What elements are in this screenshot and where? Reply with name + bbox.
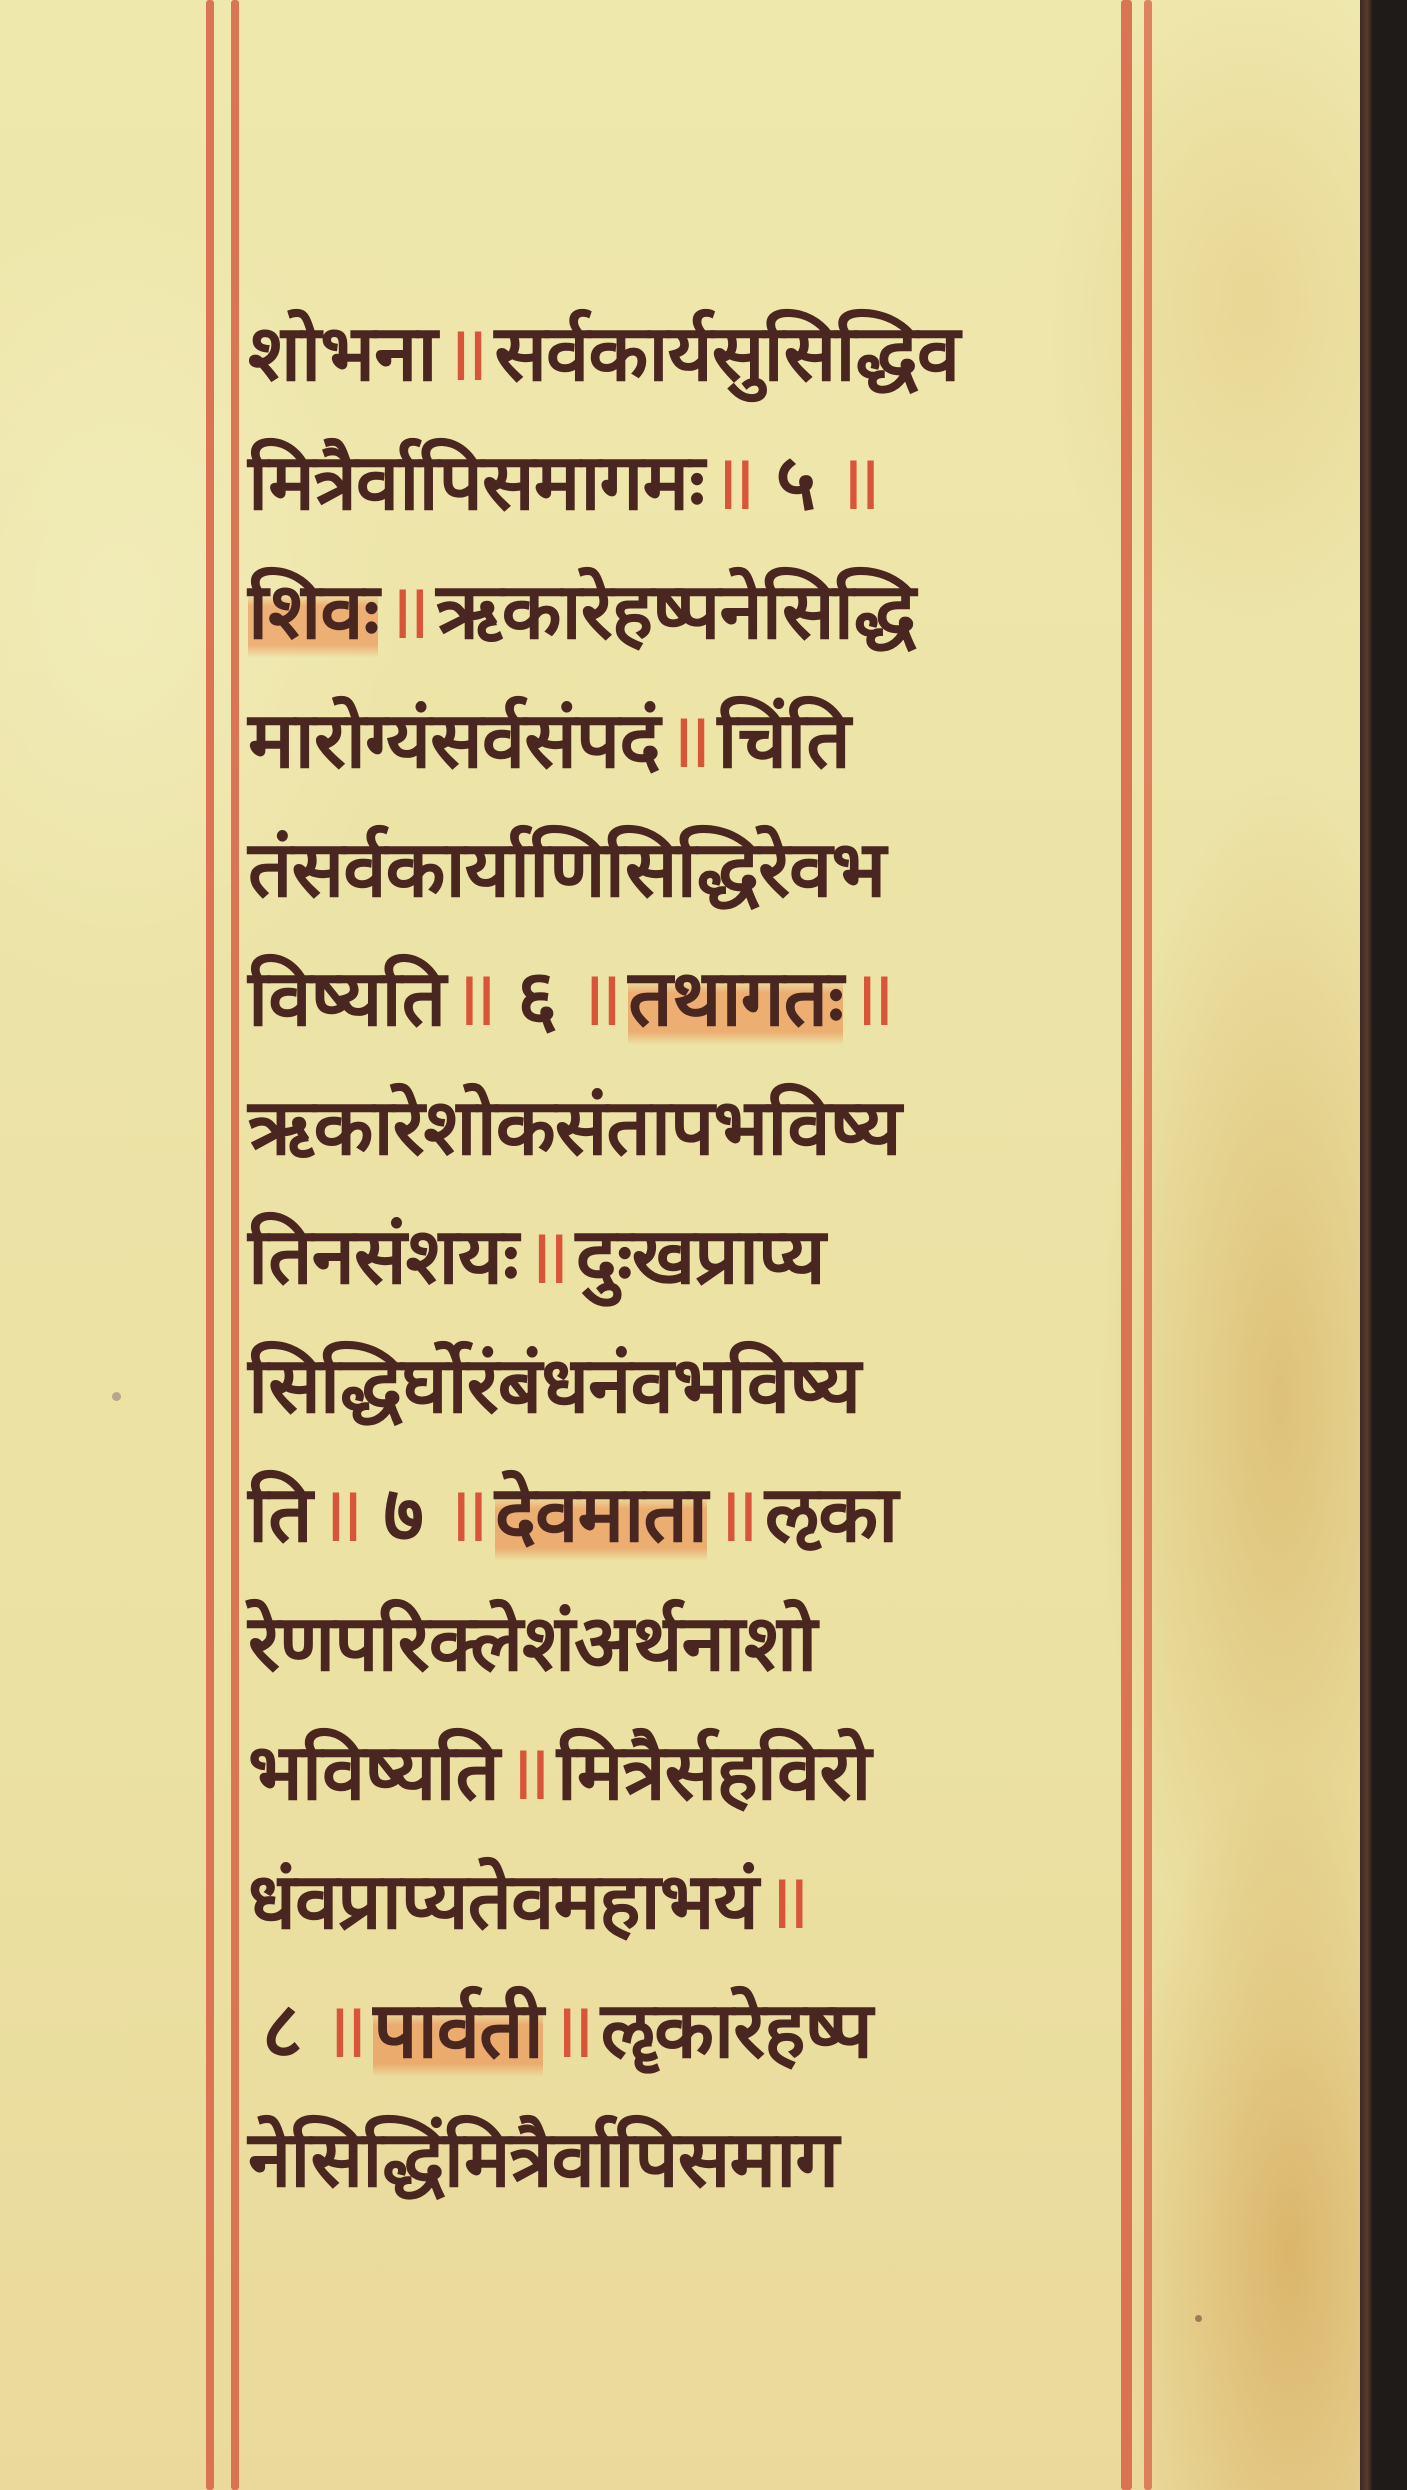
verse-number: ८ bbox=[262, 1967, 302, 2096]
manuscript-line: सिद्धिर्घोरंबंधनंवभविष्य bbox=[248, 1322, 1128, 1451]
text-segment: ति bbox=[248, 1451, 312, 1580]
double-danda-mark: ॥ bbox=[451, 935, 497, 1064]
text-segment: ऋकारेहष्पनेसिद्धि bbox=[436, 548, 915, 677]
manuscript-photo: शोभना॥सर्वकार्यसुसिद्धिवमित्रैर्वापिसमाग… bbox=[0, 0, 1407, 2490]
double-danda-mark: ॥ bbox=[849, 935, 895, 1064]
highlighted-name: पार्वती bbox=[373, 1967, 543, 2096]
double-danda-mark: ॥ bbox=[666, 677, 712, 806]
text-segment: दुःखप्राप्य bbox=[575, 1193, 824, 1322]
text-segment: ऋकारेशोकसंतापभविष्य bbox=[248, 1064, 901, 1193]
text-segment: भविष्यति bbox=[248, 1709, 499, 1838]
manuscript-line: धंवप्राप्यतेवमहाभयं॥ bbox=[248, 1838, 1128, 1967]
double-danda-mark: ॥ bbox=[713, 1451, 759, 1580]
manuscript-line: रेणपरिक्लेशंअर्थनाशो bbox=[248, 1580, 1128, 1709]
manuscript-line: मारोग्यंसर्वसंपदं॥चिंति bbox=[248, 677, 1128, 806]
text-segment: शोभना bbox=[248, 290, 437, 419]
manuscript-page: शोभना॥सर्वकार्यसुसिद्धिवमित्रैर्वापिसमाग… bbox=[0, 0, 1360, 2490]
binding-edge bbox=[1360, 0, 1372, 2490]
manuscript-line: तंसर्वकार्याणिसिद्धिरेवभ bbox=[248, 806, 1128, 935]
double-danda-mark: ॥ bbox=[384, 548, 430, 677]
double-danda-mark: ॥ bbox=[443, 1451, 489, 1580]
text-segment: तिनसंशयः bbox=[248, 1193, 518, 1322]
manuscript-line: भविष्यति॥मित्रैर्सहविरो bbox=[248, 1709, 1128, 1838]
text-segment: नेसिद्धिंमित्रैर्वापिसमाग bbox=[248, 2096, 838, 2225]
text-segment: चिंति bbox=[717, 677, 849, 806]
paper-blemish bbox=[1195, 2315, 1202, 2322]
text-segment: तंसर्वकार्याणिसिद्धिरेवभ bbox=[248, 806, 885, 935]
left-margin-rule-outer bbox=[206, 0, 214, 2490]
text-segment: मित्रैर्सहविरो bbox=[557, 1709, 871, 1838]
manuscript-line: ८॥पार्वती॥ॡकारेहष्प bbox=[248, 1967, 1128, 2096]
manuscript-line: ति॥७॥देवमाता॥ऌका bbox=[248, 1451, 1128, 1580]
double-danda-mark: ॥ bbox=[835, 419, 881, 548]
double-danda-mark: ॥ bbox=[505, 1709, 551, 1838]
highlighted-name: देवमाता bbox=[495, 1451, 707, 1580]
paper-blemish bbox=[112, 1392, 121, 1401]
manuscript-line: शिवः॥ऋकारेहष्पनेसिद्धि bbox=[248, 548, 1128, 677]
double-danda-mark: ॥ bbox=[524, 1193, 570, 1322]
text-segment: धंवप्राप्यतेवमहाभयं bbox=[248, 1838, 758, 1967]
manuscript-line: नेसिद्धिंमित्रैर्वापिसमाग bbox=[248, 2096, 1128, 2225]
double-danda-mark: ॥ bbox=[710, 419, 756, 548]
text-segment: मारोग्यंसर्वसंपदं bbox=[248, 677, 660, 806]
highlighted-name: तथागतः bbox=[628, 935, 843, 1064]
manuscript-line: मित्रैर्वापिसमागमः॥५॥ bbox=[248, 419, 1128, 548]
double-danda-mark: ॥ bbox=[549, 1967, 595, 2096]
text-segment: सिद्धिर्घोरंबंधनंवभविष्य bbox=[248, 1322, 860, 1451]
manuscript-line: ऋकारेशोकसंतापभविष्य bbox=[248, 1064, 1128, 1193]
verse-number: ६ bbox=[517, 935, 557, 1064]
highlighted-name: शिवः bbox=[248, 548, 378, 677]
text-segment: सर्वकार्यसुसिद्धिव bbox=[494, 290, 959, 419]
manuscript-text: शोभना॥सर्वकार्यसुसिद्धिवमित्रैर्वापिसमाग… bbox=[248, 290, 1128, 2225]
text-segment: ऌका bbox=[765, 1451, 898, 1580]
double-danda-mark: ॥ bbox=[318, 1451, 364, 1580]
text-segment: ॡकारेहष्प bbox=[601, 1967, 872, 2096]
double-danda-mark: ॥ bbox=[322, 1967, 368, 2096]
manuscript-line: शोभना॥सर्वकार्यसुसिद्धिव bbox=[248, 290, 1128, 419]
text-segment: विष्यति bbox=[248, 935, 445, 1064]
text-segment: रेणपरिक्लेशंअर्थनाशो bbox=[248, 1580, 816, 1709]
double-danda-mark: ॥ bbox=[576, 935, 622, 1064]
manuscript-line: विष्यति॥६॥तथागतः॥ bbox=[248, 935, 1128, 1064]
manuscript-line: तिनसंशयः॥दुःखप्राप्य bbox=[248, 1193, 1128, 1322]
text-segment: मित्रैर्वापिसमागमः bbox=[248, 419, 704, 548]
right-margin-rule-outer bbox=[1144, 0, 1152, 2490]
left-margin-rule-inner bbox=[231, 0, 239, 2490]
double-danda-mark: ॥ bbox=[764, 1838, 810, 1967]
double-danda-mark: ॥ bbox=[443, 290, 489, 419]
verse-number: ७ bbox=[383, 1451, 423, 1580]
verse-number: ५ bbox=[776, 419, 816, 548]
